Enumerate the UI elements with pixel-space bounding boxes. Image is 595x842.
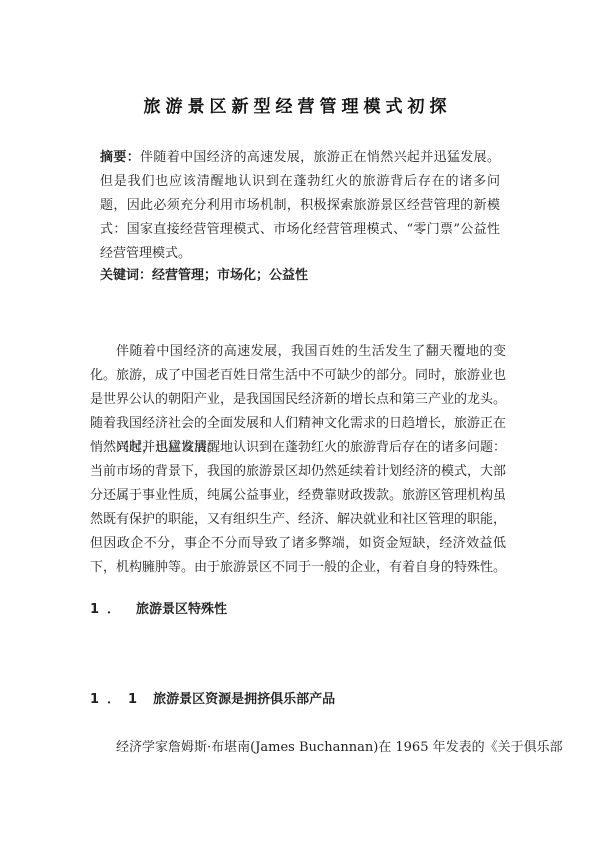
subsection-title: 旅游景区资源是拥挤俱乐部产品 (153, 692, 335, 707)
abstract-text: 伴随着中国经济的高速发展，旅游正在悄然兴起并迅猛发展。但是我们也应该清醒地认识到… (100, 150, 500, 261)
section-title: 旅游景区特殊性 (136, 602, 227, 617)
document-page: 旅游景区新型经营管理模式初探 摘要：伴随着中国经济的高速发展，旅游正在悄然兴起并… (0, 0, 595, 842)
abstract-label: 摘要： (100, 150, 140, 165)
keywords: 关键词：经营管理；市场化；公益性 (100, 266, 500, 286)
keywords-text: 经营管理；市场化；公益性 (152, 268, 308, 283)
section-number: 1． (90, 598, 128, 617)
subsection-number: 1．1 (90, 688, 145, 707)
subsection-heading: 1．1旅游景区资源是拥挤俱乐部产品 (90, 688, 335, 707)
body-paragraph: 经济学家詹姆斯·布堪南(James Buchannan)在 1965 年发表的《… (90, 736, 506, 760)
page-title: 旅游景区新型经营管理模式初探 (0, 92, 595, 117)
body-paragraph: 同时，也应该清醒地认识到在蓬勃红火的旅游背后存在的诸多问题：当前市场的背景下，我… (90, 436, 506, 580)
keywords-label: 关键词： (100, 268, 152, 283)
section-heading: 1．旅游景区特殊性 (90, 598, 227, 617)
abstract: 摘要：伴随着中国经济的高速发展，旅游正在悄然兴起并迅猛发展。但是我们也应该清醒地… (100, 146, 500, 266)
